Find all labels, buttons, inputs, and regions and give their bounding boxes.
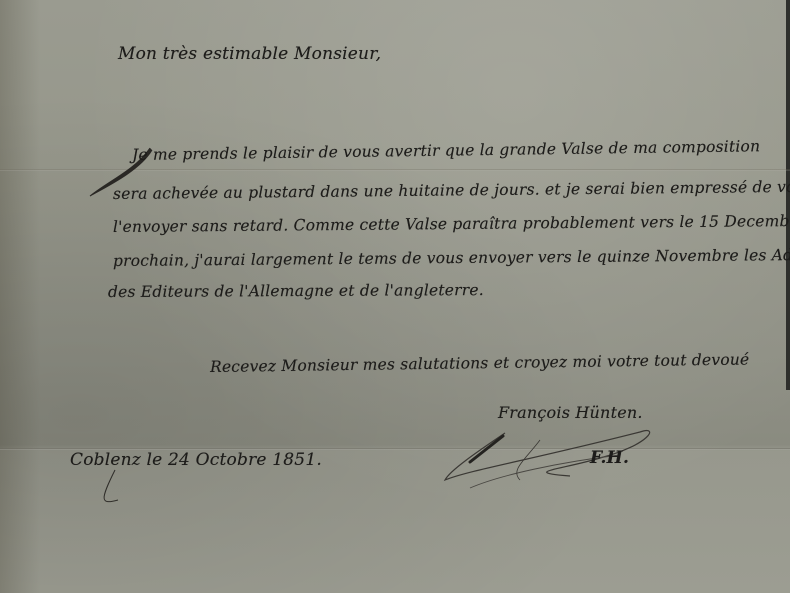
signature: François Hünten. bbox=[498, 403, 643, 422]
salutation: Mon très estimable Monsieur, bbox=[118, 44, 381, 64]
letter-photograph: Mon très estimable Monsieur, Je me prend… bbox=[0, 0, 790, 593]
body-line: sera achevée au plustard dans une huitai… bbox=[113, 178, 790, 203]
body-line: des Editeurs de l'Allemagne et de l'angl… bbox=[108, 281, 484, 301]
body-line: Je me prends le plaisir de vous avertir … bbox=[132, 137, 760, 164]
body-line: l'envoyer sans retard. Comme cette Valse… bbox=[113, 212, 790, 236]
paper-shadow bbox=[0, 0, 40, 593]
signature-initials: F.H. bbox=[590, 448, 629, 468]
body-line: prochain, j'aurai largement le tems de v… bbox=[113, 246, 790, 270]
place-and-date: Coblenz le 24 Octobre 1851. bbox=[70, 450, 322, 470]
fold-line bbox=[0, 169, 790, 171]
closing-formula: Recevez Monsieur mes salutations et croy… bbox=[210, 350, 750, 376]
